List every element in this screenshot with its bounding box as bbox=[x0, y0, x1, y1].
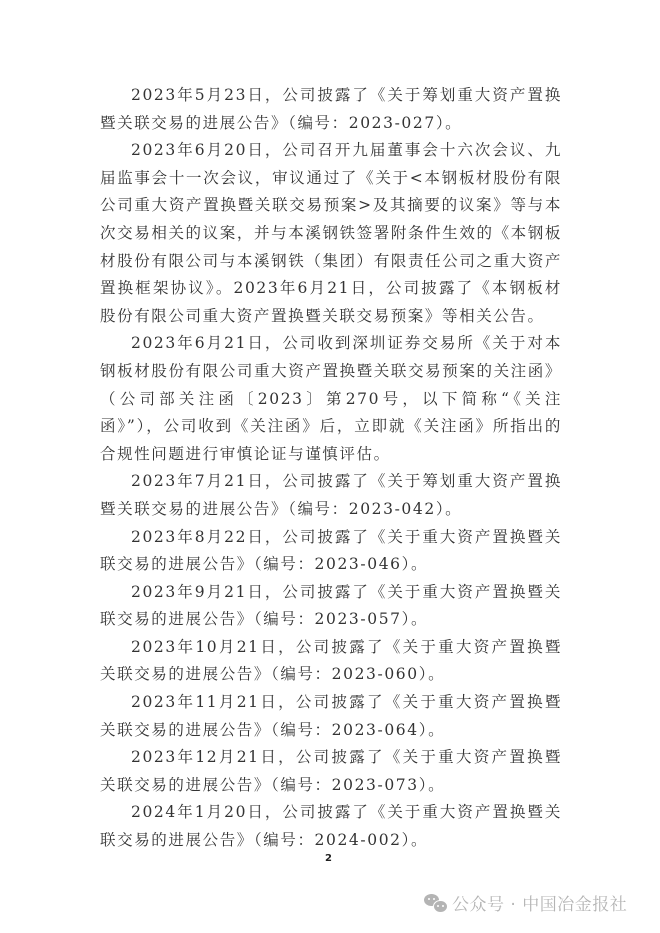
document-body: 2023年5月23日，公司披露了《关于筹划重大资产置换暨关联交易的进展公告》（编… bbox=[100, 82, 562, 855]
watermark: 公众号 · 中国冶金报社 bbox=[424, 890, 627, 915]
paragraph-2023-12-21: 2023年12月21日，公司披露了《关于重大资产置换暨关联交易的进展公告》（编号… bbox=[100, 744, 562, 799]
paragraph-2023-09-21: 2023年9月21日，公司披露了《关于重大资产置换暨关联交易的进展公告》（编号：… bbox=[100, 579, 562, 634]
paragraph-2023-06-20: 2023年6月20日，公司召开九届董事会十六次会议、九届监事会十一次会议，审议通… bbox=[100, 137, 562, 330]
paragraph-2023-06-21-inquiry: 2023年6月21日，公司收到深圳证券交易所《关于对本钢板材股份有限公司重大资产… bbox=[100, 330, 562, 468]
wechat-icon bbox=[424, 893, 448, 913]
paragraph-2024-01-20: 2024年1月20日，公司披露了《关于重大资产置换暨关联交易的进展公告》（编号：… bbox=[100, 799, 562, 854]
paragraph-2023-11-21: 2023年11月21日，公司披露了《关于重大资产置换暨关联交易的进展公告》（编号… bbox=[100, 689, 562, 744]
paragraph-2023-07-21: 2023年7月21日，公司披露了《关于筹划重大资产置换暨关联交易的进展公告》（编… bbox=[100, 468, 562, 523]
paragraph-2023-05-23: 2023年5月23日，公司披露了《关于筹划重大资产置换暨关联交易的进展公告》（编… bbox=[100, 82, 562, 137]
document-page: 2023年5月23日，公司披露了《关于筹划重大资产置换暨关联交易的进展公告》（编… bbox=[0, 0, 660, 933]
watermark-text: 公众号 · 中国冶金报社 bbox=[452, 890, 627, 915]
page-number: 2 bbox=[325, 853, 332, 864]
paragraph-2023-08-22: 2023年8月22日，公司披露了《关于重大资产置换暨关联交易的进展公告》（编号：… bbox=[100, 524, 562, 579]
paragraph-2023-10-21: 2023年10月21日，公司披露了《关于重大资产置换暨关联交易的进展公告》（编号… bbox=[100, 634, 562, 689]
